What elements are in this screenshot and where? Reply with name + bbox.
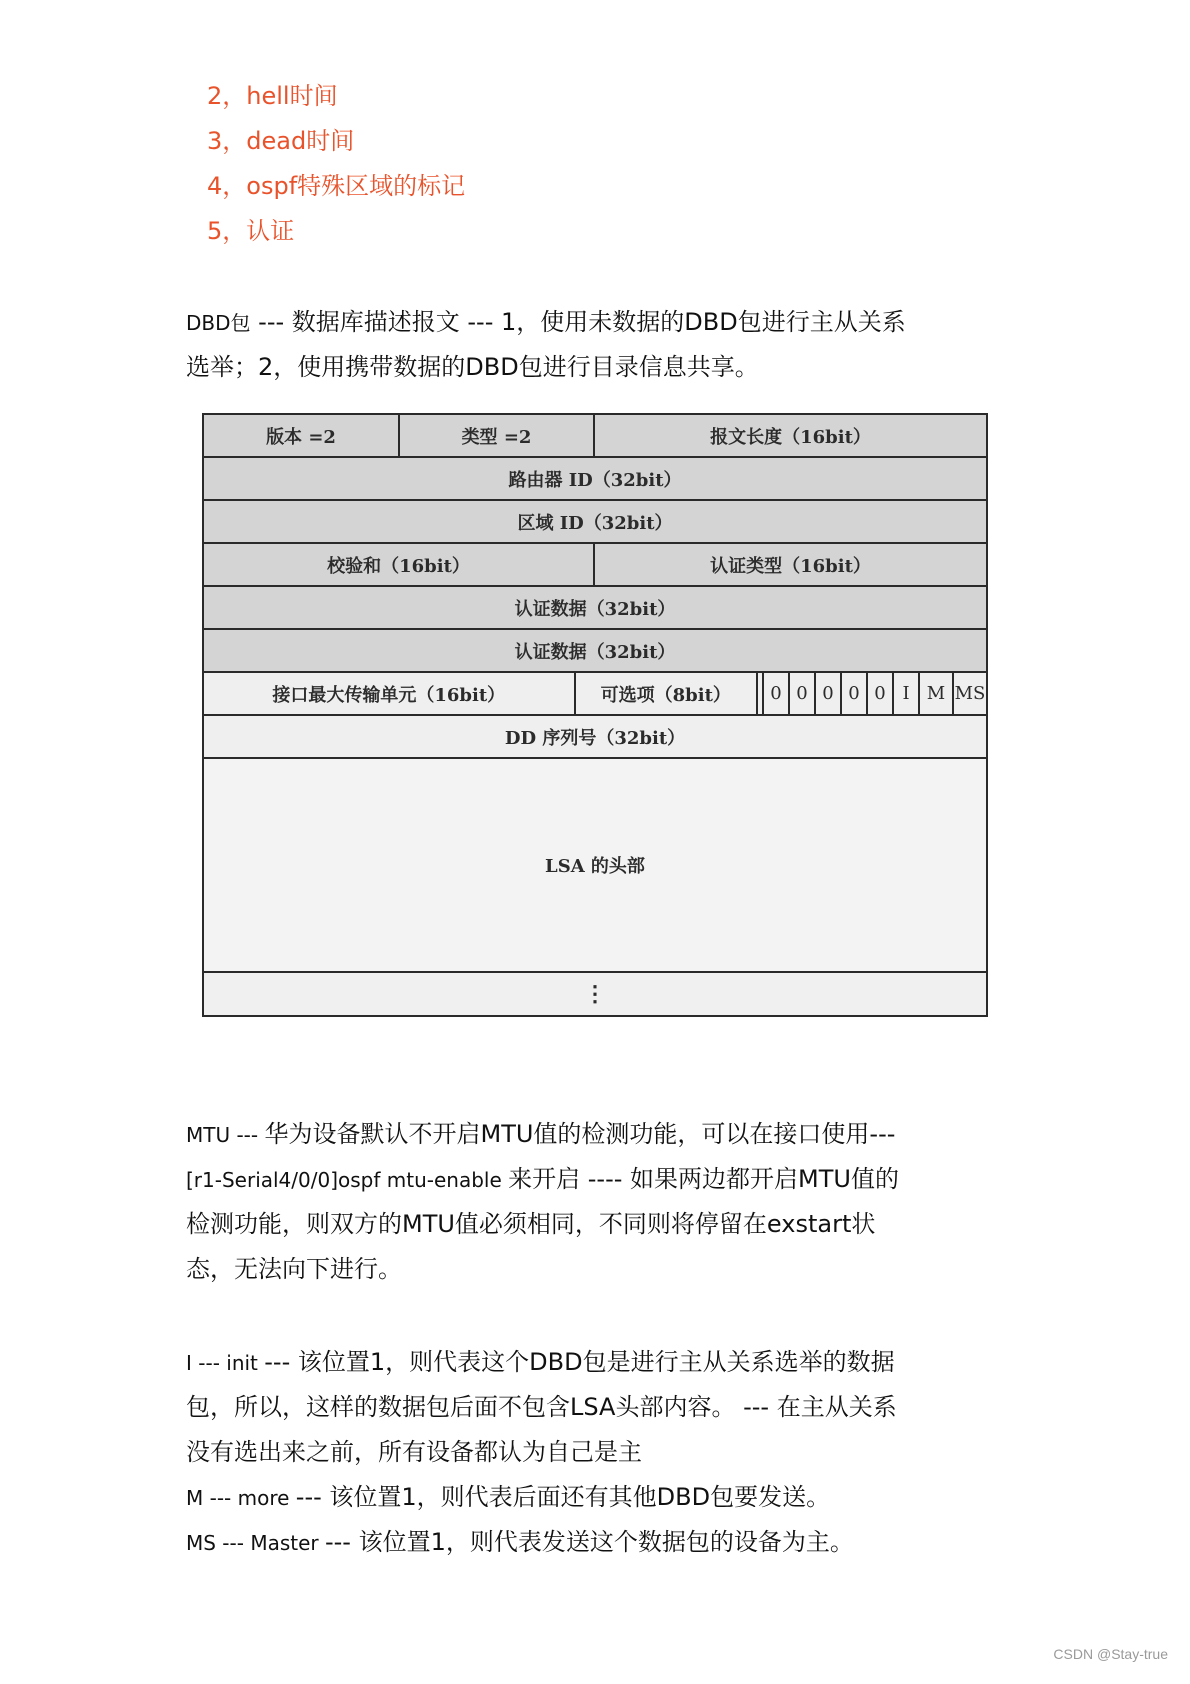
- mtu-line3: 检测功能，则双方的MTU值必须相同，不同则将停留在exstart状: [186, 1202, 1006, 1247]
- diagram-row-checksum: 校验和（16bit） 认证类型（16bit）: [204, 544, 986, 587]
- master-desc: --- 该位置1，则代表发送这个数据包的设备为主。: [325, 1528, 854, 1556]
- list-item: 4，ospf特殊区域的标记: [207, 166, 465, 211]
- dbd-intro-paragraph: DBD包 --- 数据库描述报文 --- 1，使用未数据的DBD包进行主从关系 …: [186, 300, 1006, 390]
- diagram-row-header: 版本 =2 类型 =2 报文长度（16bit）: [204, 415, 986, 458]
- init-line2: 包，所以，这样的数据包后面不包含LSA头部内容。 --- 在主从关系: [186, 1385, 1006, 1430]
- dbd-line2: 选举；2，使用携带数据的DBD包进行目录信息共享。: [186, 345, 1006, 390]
- dbd-packet-diagram: 版本 =2 类型 =2 报文长度（16bit） 路由器 ID（32bit） 区域…: [202, 413, 988, 1017]
- bit-3: 0: [840, 673, 866, 714]
- diagram-row-auth-data-2: 认证数据（32bit）: [204, 630, 986, 673]
- master-prefix: MS --- Master: [186, 1531, 325, 1555]
- router-id-field: 路由器 ID（32bit）: [204, 458, 986, 499]
- init-prefix: I --- init: [186, 1351, 264, 1375]
- bit-more: M: [918, 673, 952, 714]
- mtu-paragraph: MTU --- 华为设备默认不开启MTU值的检测功能，可以在接口使用--- [r…: [186, 1112, 1006, 1292]
- ospf-hello-fields-list: 2，hell时间 3，dead时间 4，ospf特殊区域的标记 5，认证: [207, 76, 465, 256]
- bit-0: 0: [762, 673, 788, 714]
- mtu-prefix: MTU ---: [186, 1123, 264, 1147]
- csdn-watermark: CSDN @Stay-true: [1053, 1646, 1168, 1662]
- diagram-row-mtu-options: 接口最大传输单元（16bit） 可选项（8bit） 0 0 0 0 0 I M …: [204, 673, 986, 716]
- bit-4: 0: [866, 673, 892, 714]
- diagram-row-continuation: ⋮: [204, 973, 986, 1015]
- mtu-line4: 态，无法向下进行。: [186, 1247, 1006, 1292]
- list-item: 3，dead时间: [207, 121, 465, 166]
- auth-data-field: 认证数据（32bit）: [204, 587, 986, 628]
- area-id-field: 区域 ID（32bit）: [204, 501, 986, 542]
- init-line3: 没有选出来之前，所有设备都认为自己是主: [186, 1430, 1006, 1475]
- type-field: 类型 =2: [400, 415, 595, 456]
- packet-length-field: 报文长度（16bit）: [595, 415, 986, 456]
- init-line1: --- 该位置1，则代表这个DBD包是进行主从关系选举的数据: [264, 1348, 894, 1376]
- diagram-row-lsa-header: LSA 的头部: [204, 759, 986, 973]
- dd-sequence-field: DD 序列号（32bit）: [204, 716, 986, 757]
- dbd-prefix: DBD包: [186, 311, 251, 335]
- options-field: 可选项（8bit）: [576, 673, 758, 714]
- interface-mtu-field: 接口最大传输单元（16bit）: [204, 673, 576, 714]
- bit-1: 0: [788, 673, 814, 714]
- lsa-header-field: LSA 的头部: [204, 759, 986, 971]
- diagram-row-auth-data-1: 认证数据（32bit）: [204, 587, 986, 630]
- list-item: 5，认证: [207, 211, 465, 256]
- mtu-line1: 华为设备默认不开启MTU值的检测功能，可以在接口使用---: [264, 1120, 895, 1148]
- vertical-ellipsis-icon: ⋮: [204, 973, 986, 1015]
- flags-paragraph: I --- init --- 该位置1，则代表这个DBD包是进行主从关系选举的数…: [186, 1340, 1006, 1565]
- diagram-row-area-id: 区域 ID（32bit）: [204, 501, 986, 544]
- diagram-row-router-id: 路由器 ID（32bit）: [204, 458, 986, 501]
- dbd-line1: --- 数据库描述报文 --- 1，使用未数据的DBD包进行主从关系: [251, 308, 906, 336]
- bit-init: I: [892, 673, 918, 714]
- more-prefix: M --- more: [186, 1486, 296, 1510]
- version-field: 版本 =2: [204, 415, 400, 456]
- auth-data-field: 认证数据（32bit）: [204, 630, 986, 671]
- auth-type-field: 认证类型（16bit）: [595, 544, 986, 585]
- bit-2: 0: [814, 673, 840, 714]
- list-item: 2，hell时间: [207, 76, 465, 121]
- mtu-line2: 来开启 ---- 如果两边都开启MTU值的: [508, 1165, 899, 1193]
- diagram-row-dd-seq: DD 序列号（32bit）: [204, 716, 986, 759]
- flag-bits: 0 0 0 0 0 I M MS: [762, 673, 986, 714]
- checksum-field: 校验和（16bit）: [204, 544, 595, 585]
- mtu-command: [r1-Serial4/0/0]ospf mtu-enable: [186, 1168, 508, 1192]
- bit-master: MS: [952, 673, 986, 714]
- more-desc: --- 该位置1，则代表后面还有其他DBD包要发送。: [296, 1483, 830, 1511]
